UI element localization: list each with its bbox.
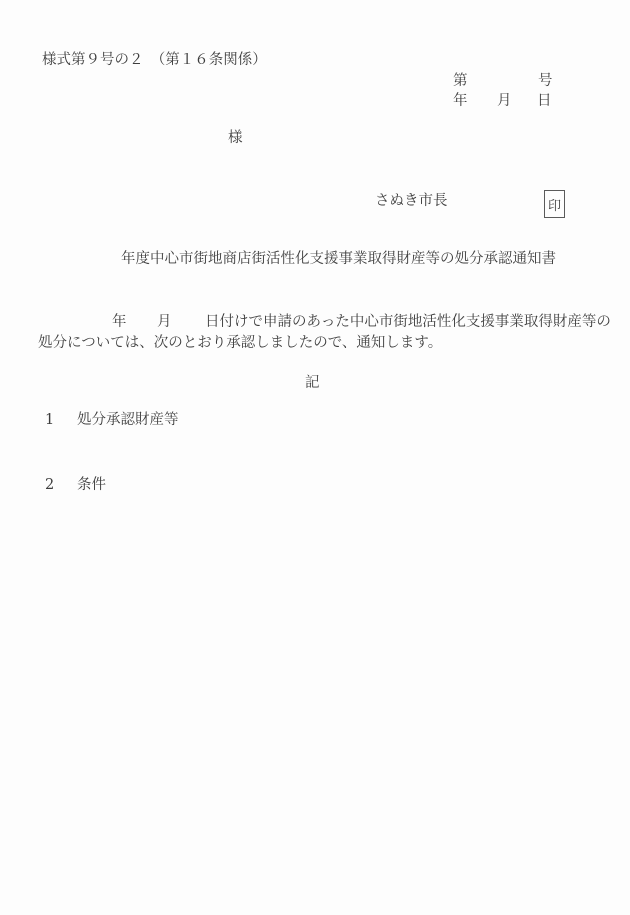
doc-number-prefix: 第 bbox=[453, 74, 468, 89]
sender-title: さぬき市長 bbox=[375, 194, 448, 209]
item-1-label: 処分承認財産等 bbox=[77, 413, 179, 428]
document-page: 様式第９号の２ （第１６条関係） 第 号 年 月 日 様 さぬき市長 印 年度中… bbox=[0, 0, 630, 915]
seal-box: 印 bbox=[544, 190, 565, 218]
doc-number-suffix: 号 bbox=[538, 74, 553, 89]
body-line2-text: 処分については、次のとおり承認しましたので、通知します。 bbox=[38, 336, 442, 351]
item-2-number: 2 bbox=[45, 478, 54, 493]
item-2-label: 条件 bbox=[77, 478, 106, 493]
body-line1-text: 日付けで申請のあった中心市街地活性化支援事業取得財産等の bbox=[205, 315, 611, 330]
body-line1-month: 月 bbox=[157, 315, 172, 330]
date-year-label: 年 bbox=[453, 94, 468, 109]
item-1-number: 1 bbox=[45, 413, 54, 428]
form-number: 様式第９号の２ （第１６条関係） bbox=[42, 53, 267, 68]
date-month-label: 月 bbox=[497, 94, 512, 109]
body-line1-year: 年 bbox=[112, 315, 127, 330]
record-marker: 記 bbox=[305, 376, 320, 391]
date-day-label: 日 bbox=[537, 94, 552, 109]
document-title: 年度中心市街地商店街活性化支援事業取得財産等の処分承認通知書 bbox=[121, 252, 556, 267]
addressee-honorific: 様 bbox=[228, 131, 243, 146]
seal-label: 印 bbox=[548, 195, 561, 214]
